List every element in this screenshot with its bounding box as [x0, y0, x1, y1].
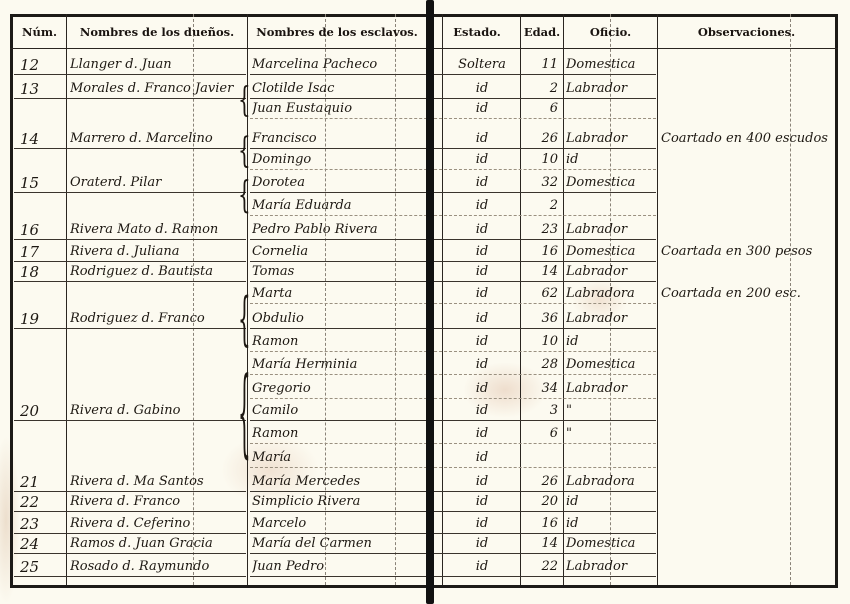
row-rule	[250, 192, 656, 193]
row-num: 18	[20, 263, 64, 281]
row-slave: Ramon	[252, 333, 424, 351]
row-trade: Domestica	[566, 174, 656, 192]
row-age: 3	[522, 402, 562, 420]
row-owner: Rivera d. Ceferino	[70, 515, 246, 533]
row-rule	[250, 398, 656, 400]
row-owner: Morales d. Franco Javier	[70, 80, 246, 98]
row-slave: Tomas	[252, 263, 424, 281]
row-num: 23	[20, 515, 64, 533]
row-age: 36	[522, 310, 562, 328]
row-trade: Labrador	[566, 80, 656, 98]
row-status: id	[446, 263, 518, 281]
row-age: 32	[522, 174, 562, 192]
row-status: id	[446, 221, 518, 239]
row-num: 14	[20, 130, 64, 148]
row-rule	[250, 467, 656, 469]
row-age: 14	[522, 263, 562, 281]
row-status: id	[446, 197, 518, 215]
row-rule	[250, 420, 656, 421]
row-rule	[250, 533, 656, 534]
row-rule	[250, 576, 656, 577]
row-rule	[250, 303, 656, 305]
row-rule	[250, 215, 656, 217]
row-owner: Rivera d. Ma Santos	[70, 473, 246, 491]
row-status: id	[446, 402, 518, 420]
header-underline	[10, 48, 838, 49]
row-slave: María Herminia	[252, 356, 424, 374]
row-trade: Labrador	[566, 263, 656, 281]
row-rule	[250, 98, 656, 99]
row-num: 21	[20, 473, 64, 491]
header-slaves: Nombres de los esclavos.	[248, 18, 426, 46]
row-slave: Marcelina Pacheco	[252, 56, 424, 74]
row-trade: Labradora	[566, 473, 656, 491]
owner-row-rule	[14, 192, 246, 193]
row-rule	[250, 328, 656, 329]
row-age: 22	[522, 558, 562, 576]
row-status: id	[446, 174, 518, 192]
row-slave: Clotilde Isac	[252, 80, 424, 98]
row-age: 26	[522, 473, 562, 491]
row-owner: Marrero d. Marcelino	[70, 130, 246, 148]
row-age: 20	[522, 493, 562, 511]
row-num: 15	[20, 174, 64, 192]
owner-row-rule	[14, 576, 246, 577]
row-owner: Rosado d. Raymundo	[70, 558, 246, 576]
owner-row-rule	[14, 533, 246, 534]
header-num: Núm.	[13, 18, 66, 46]
row-slave: Marta	[252, 285, 424, 303]
row-trade: "	[566, 425, 656, 443]
row-num: 16	[20, 221, 64, 239]
row-trade: id	[566, 493, 656, 511]
row-trade: id	[566, 515, 656, 533]
header-age: Edad.	[521, 18, 563, 46]
row-owner: Rivera d. Franco	[70, 493, 246, 511]
row-trade: Labrador	[566, 558, 656, 576]
row-trade: Labradora	[566, 285, 656, 303]
header-notes: Observaciones.	[658, 18, 835, 46]
row-num: 22	[20, 493, 64, 511]
row-rule	[250, 281, 656, 282]
row-trade: Domestica	[566, 356, 656, 374]
row-status: id	[446, 100, 518, 118]
row-slave: María Eduarda	[252, 197, 424, 215]
row-slave: Camilo	[252, 402, 424, 420]
row-slave: Simplicio Rivera	[252, 493, 424, 511]
row-status: id	[446, 558, 518, 576]
row-rule	[250, 553, 656, 554]
row-trade: id	[566, 151, 656, 169]
row-slave: Obdulio	[252, 310, 424, 328]
row-slave: María Mercedes	[252, 473, 424, 491]
row-status: id	[446, 493, 518, 511]
row-rule	[250, 169, 656, 171]
col-rule-num	[66, 14, 67, 585]
col-rule-slaves	[442, 14, 443, 585]
row-rule	[250, 511, 656, 512]
row-age: 11	[522, 56, 562, 74]
owner-row-rule	[14, 511, 246, 512]
row-rule	[250, 491, 656, 492]
row-status: id	[446, 285, 518, 303]
row-status: id	[446, 473, 518, 491]
row-status: id	[446, 356, 518, 374]
group-brace: {	[238, 78, 251, 120]
row-owner: Rivera d. Juliana	[70, 243, 246, 261]
row-slave: Marcelo	[252, 515, 424, 533]
row-status: id	[446, 130, 518, 148]
row-trade: Labrador	[566, 130, 656, 148]
row-trade: Labrador	[566, 310, 656, 328]
row-trade: Labrador	[566, 221, 656, 239]
group-brace: {	[238, 283, 251, 353]
row-age: 2	[522, 197, 562, 215]
row-slave: Juan Eustaquio	[252, 100, 424, 118]
owner-row-rule	[14, 328, 246, 329]
col-rule-status	[520, 14, 521, 585]
row-num: 25	[20, 558, 64, 576]
row-age: 14	[522, 535, 562, 553]
row-age: 6	[522, 100, 562, 118]
row-status: id	[446, 449, 518, 467]
row-status: id	[446, 243, 518, 261]
owner-row-rule	[14, 239, 246, 240]
row-rule	[250, 351, 656, 353]
row-num: 19	[20, 310, 64, 328]
row-slave: Dorotea	[252, 174, 424, 192]
row-owner: Oraterd. Pilar	[70, 174, 246, 192]
row-owner: Rodriguez d. Bautista	[70, 263, 246, 281]
header-owners: Nombres de los dueños.	[67, 18, 247, 46]
owner-row-rule	[14, 491, 246, 492]
row-status: id	[446, 310, 518, 328]
row-note: Coartado en 400 escudos	[661, 130, 833, 148]
owner-row-rule	[14, 74, 246, 75]
row-age: 34	[522, 380, 562, 398]
frame-left-border	[10, 14, 13, 585]
owner-row-rule	[14, 553, 246, 554]
row-status: id	[446, 535, 518, 553]
owner-row-rule	[14, 420, 246, 421]
owner-row-rule	[14, 98, 246, 99]
row-owner: Rodriguez d. Franco	[70, 310, 246, 328]
book-spine	[426, 0, 434, 604]
row-num: 17	[20, 243, 64, 261]
owner-row-rule	[14, 261, 246, 262]
row-slave: Pedro Pablo Rivera	[252, 221, 424, 239]
row-status: id	[446, 80, 518, 98]
row-owner: Rivera Mato d. Ramon	[70, 221, 246, 239]
row-slave: Ramon	[252, 425, 424, 443]
row-status: id	[446, 333, 518, 351]
row-trade: "	[566, 402, 656, 420]
row-age: 2	[522, 80, 562, 98]
col-rule-age	[563, 14, 564, 585]
row-status: id	[446, 515, 518, 533]
row-note: Coartada en 300 pesos	[661, 243, 833, 261]
row-age: 23	[522, 221, 562, 239]
row-rule	[250, 74, 656, 75]
row-num: 24	[20, 535, 64, 553]
frame-right-border	[835, 14, 838, 585]
row-rule	[250, 239, 656, 240]
row-num: 13	[20, 80, 64, 98]
row-age: 26	[522, 130, 562, 148]
row-status: id	[446, 425, 518, 443]
row-slave: Juan Pedro	[252, 558, 424, 576]
row-trade: Domestica	[566, 535, 656, 553]
row-slave: María	[252, 449, 424, 467]
row-owner: Ramos d. Juan Gracia	[70, 535, 246, 553]
header-trade: Oficio.	[564, 18, 657, 46]
header-status: Estado.	[434, 18, 520, 46]
row-status: id	[446, 151, 518, 169]
group-brace: {	[238, 172, 251, 217]
row-rule	[250, 443, 656, 445]
group-brace: {	[238, 128, 251, 171]
row-num: 12	[20, 56, 64, 74]
owner-row-rule	[14, 148, 246, 149]
owner-row-rule	[14, 281, 246, 282]
row-age: 62	[522, 285, 562, 303]
row-note: Coartada en 200 esc.	[661, 285, 833, 303]
row-owner: Rivera d. Gabino	[70, 402, 246, 420]
row-slave: Francisco	[252, 130, 424, 148]
group-brace: {	[238, 354, 251, 469]
row-age: 10	[522, 333, 562, 351]
row-trade: id	[566, 333, 656, 351]
row-slave: Domingo	[252, 151, 424, 169]
row-age: 10	[522, 151, 562, 169]
row-owner: Llanger d. Juan	[70, 56, 246, 74]
row-rule	[250, 118, 656, 120]
row-rule	[250, 261, 656, 262]
row-slave: Cornelia	[252, 243, 424, 261]
row-num: 20	[20, 402, 64, 420]
row-status: id	[446, 380, 518, 398]
row-rule	[250, 148, 656, 149]
row-age: 16	[522, 243, 562, 261]
row-slave: María del Carmen	[252, 535, 424, 553]
row-trade: Domestica	[566, 56, 656, 74]
row-rule	[250, 374, 656, 376]
col-rule-trade	[657, 14, 658, 585]
row-age: 28	[522, 356, 562, 374]
row-trade: Domestica	[566, 243, 656, 261]
row-slave: Gregorio	[252, 380, 424, 398]
row-age: 16	[522, 515, 562, 533]
row-trade: Labrador	[566, 380, 656, 398]
row-age: 6	[522, 425, 562, 443]
row-status: Soltera	[446, 56, 518, 74]
